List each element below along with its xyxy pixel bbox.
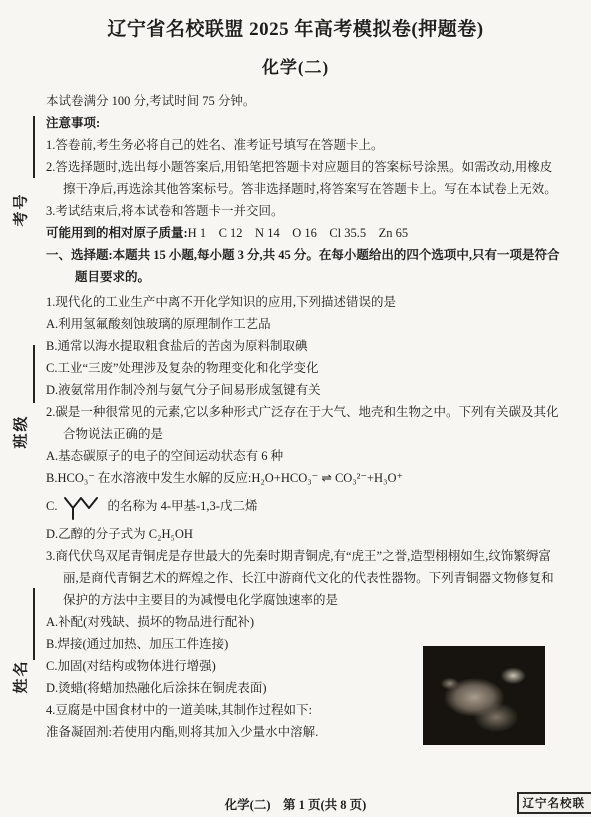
exam-paper-page: 考号 班级 姓名 辽宁省名校联盟 2025 年高考模拟卷(押题卷) 化学(二) …: [0, 0, 591, 817]
paper-header: 辽宁省名校联盟 2025 年高考模拟卷(押题卷) 化学(二): [0, 14, 591, 78]
question-2-option-c-prefix: C.: [46, 495, 57, 517]
question-3-option-a: A.补配(对残缺、损坏的物品进行配补): [46, 611, 560, 633]
section-heading: 一、选择题:本题共 15 小题,每小题 3 分,共 45 分。在每小题给出的四个…: [46, 244, 560, 288]
class-fill-line: [33, 345, 35, 403]
question-1: 1.现代化的工业生产中离不开化学知识的应用,下列描述错误的是 A.利用氢氟酸刻蚀…: [46, 291, 560, 401]
note-item-2: 2.答选择题时,选出每小题答案后,用铅笔把答题卡对应题目的答案标号涂黑。如需改动…: [46, 156, 560, 200]
atomic-mass-values: H 1 C 12 N 14 O 16 Cl 35.5 Zn 65: [188, 226, 409, 240]
skeletal-formula-icon: [62, 491, 102, 521]
question-2: 2.碳是一种很常见的元素,它以多种形式广泛存在于大气、地壳和生物之中。下列有关碳…: [46, 401, 560, 545]
question-2-option-c-suffix: 的名称为 4-甲基-1,3-戊二烯: [107, 495, 257, 517]
note-item-3: 3.考试结束后,将本试卷和答题卡一并交回。: [46, 200, 560, 222]
question-1-option-b: B.通常以海水提取粗食盐后的苦卤为原料制取碘: [46, 335, 560, 357]
question-3-stem: 3.商代伏鸟双尾青铜虎是存世最大的先秦时期青铜虎,有“虎王”之誉,造型栩栩如生,…: [46, 545, 560, 611]
question-2-option-a: A.基态碳原子的电子的空间运动状态有 6 种: [46, 445, 560, 467]
name-label: 姓名: [10, 655, 31, 699]
question-2-option-d: D.乙醇的分子式为 C₂H₅OH: [46, 523, 560, 545]
question-1-option-c: C.工业“三废”处理涉及复杂的物理变化和化学变化: [46, 357, 560, 379]
paper-subtitle: 化学(二): [0, 53, 591, 78]
bronze-tiger-photo: [423, 646, 545, 745]
name-fill-line: [33, 588, 35, 660]
question-2-stem: 2.碳是一种很常见的元素,它以多种形式广泛存在于大气、地壳和生物之中。下列有关碳…: [46, 401, 560, 445]
question-1-stem: 1.现代化的工业生产中离不开化学知识的应用,下列描述错误的是: [46, 291, 560, 313]
exam-number-fill-line: [33, 116, 35, 178]
question-2-option-b: B.HCO₃⁻ 在水溶液中发生水解的反应:H₂O+HCO₃⁻ ⇌ CO₃²⁻+H…: [46, 467, 560, 489]
publisher-stamp: 辽宁名校联: [517, 792, 591, 814]
question-1-option-d: D.液氨常用作制冷剂与氨气分子间易形成氢键有关: [46, 379, 560, 401]
atomic-mass-label: 可能用到的相对原子质量:: [46, 226, 188, 240]
class-label: 班级: [10, 410, 31, 454]
exam-number-label: 考号: [10, 188, 31, 232]
page-footer: 化学(二) 第 1 页(共 8 页): [0, 795, 591, 813]
atomic-mass-line: 可能用到的相对原子质量:H 1 C 12 N 14 O 16 Cl 35.5 Z…: [46, 222, 560, 244]
note-item-1: 1.答卷前,考生务必将自己的姓名、准考证号填写在答题卡上。: [46, 134, 560, 156]
question-1-option-a: A.利用氢氟酸刻蚀玻璃的原理制作工艺品: [46, 313, 560, 335]
paper-title: 辽宁省名校联盟 2025 年高考模拟卷(押题卷): [0, 14, 591, 41]
notes-heading: 注意事项:: [46, 112, 560, 134]
question-2-option-c: C. 的名称为 4-甲基-1,3-戊二烯: [46, 489, 560, 523]
exam-info: 本试卷满分 100 分,考试时间 75 分钟。: [46, 90, 560, 112]
